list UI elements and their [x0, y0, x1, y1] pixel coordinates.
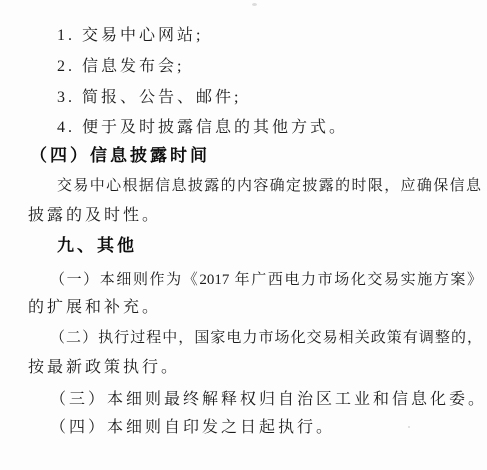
scan-noise-dot [408, 426, 410, 428]
section-heading-info-disclosure-time: （四）信息披露时间 [30, 146, 210, 166]
numbered-list-item-2: 2. 信息发布会; [57, 57, 184, 77]
clause-4-line: （四）本细则自印发之日起执行。 [50, 418, 335, 438]
numbered-list-item-3: 3. 简报、公告、邮件; [57, 88, 241, 108]
clause-1-line-1: （一）本细则作为《2017 年广西电力市场化交易实施方案》 [50, 270, 482, 290]
clause-1-line-2: 的扩展和补充。 [28, 298, 161, 318]
numbered-list-item-4: 4. 便于及时披露信息的其他方式。 [57, 118, 348, 138]
numbered-list-item-1: 1. 交易中心网站; [57, 26, 203, 46]
section-heading-nine-others: 九、其他 [57, 236, 137, 256]
paragraph-disclosure-line-1: 交易中心根据信息披露的内容确定披露的时限，应确保信息 [57, 176, 481, 196]
clause-2-line-1: （二）执行过程中，国家电力市场化交易相关政策有调整的， [50, 328, 482, 348]
scan-noise-dot [252, 3, 257, 6]
paragraph-disclosure-line-2: 披露的及时性。 [28, 206, 161, 226]
clause-2-line-2: 按最新政策执行。 [28, 358, 180, 378]
clause-3-line: （三）本细则最终解释权归自治区工业和信息化委。 [50, 390, 487, 410]
scanned-document-page: 1. 交易中心网站; 2. 信息发布会; 3. 简报、公告、邮件; 4. 便于及… [0, 0, 487, 470]
